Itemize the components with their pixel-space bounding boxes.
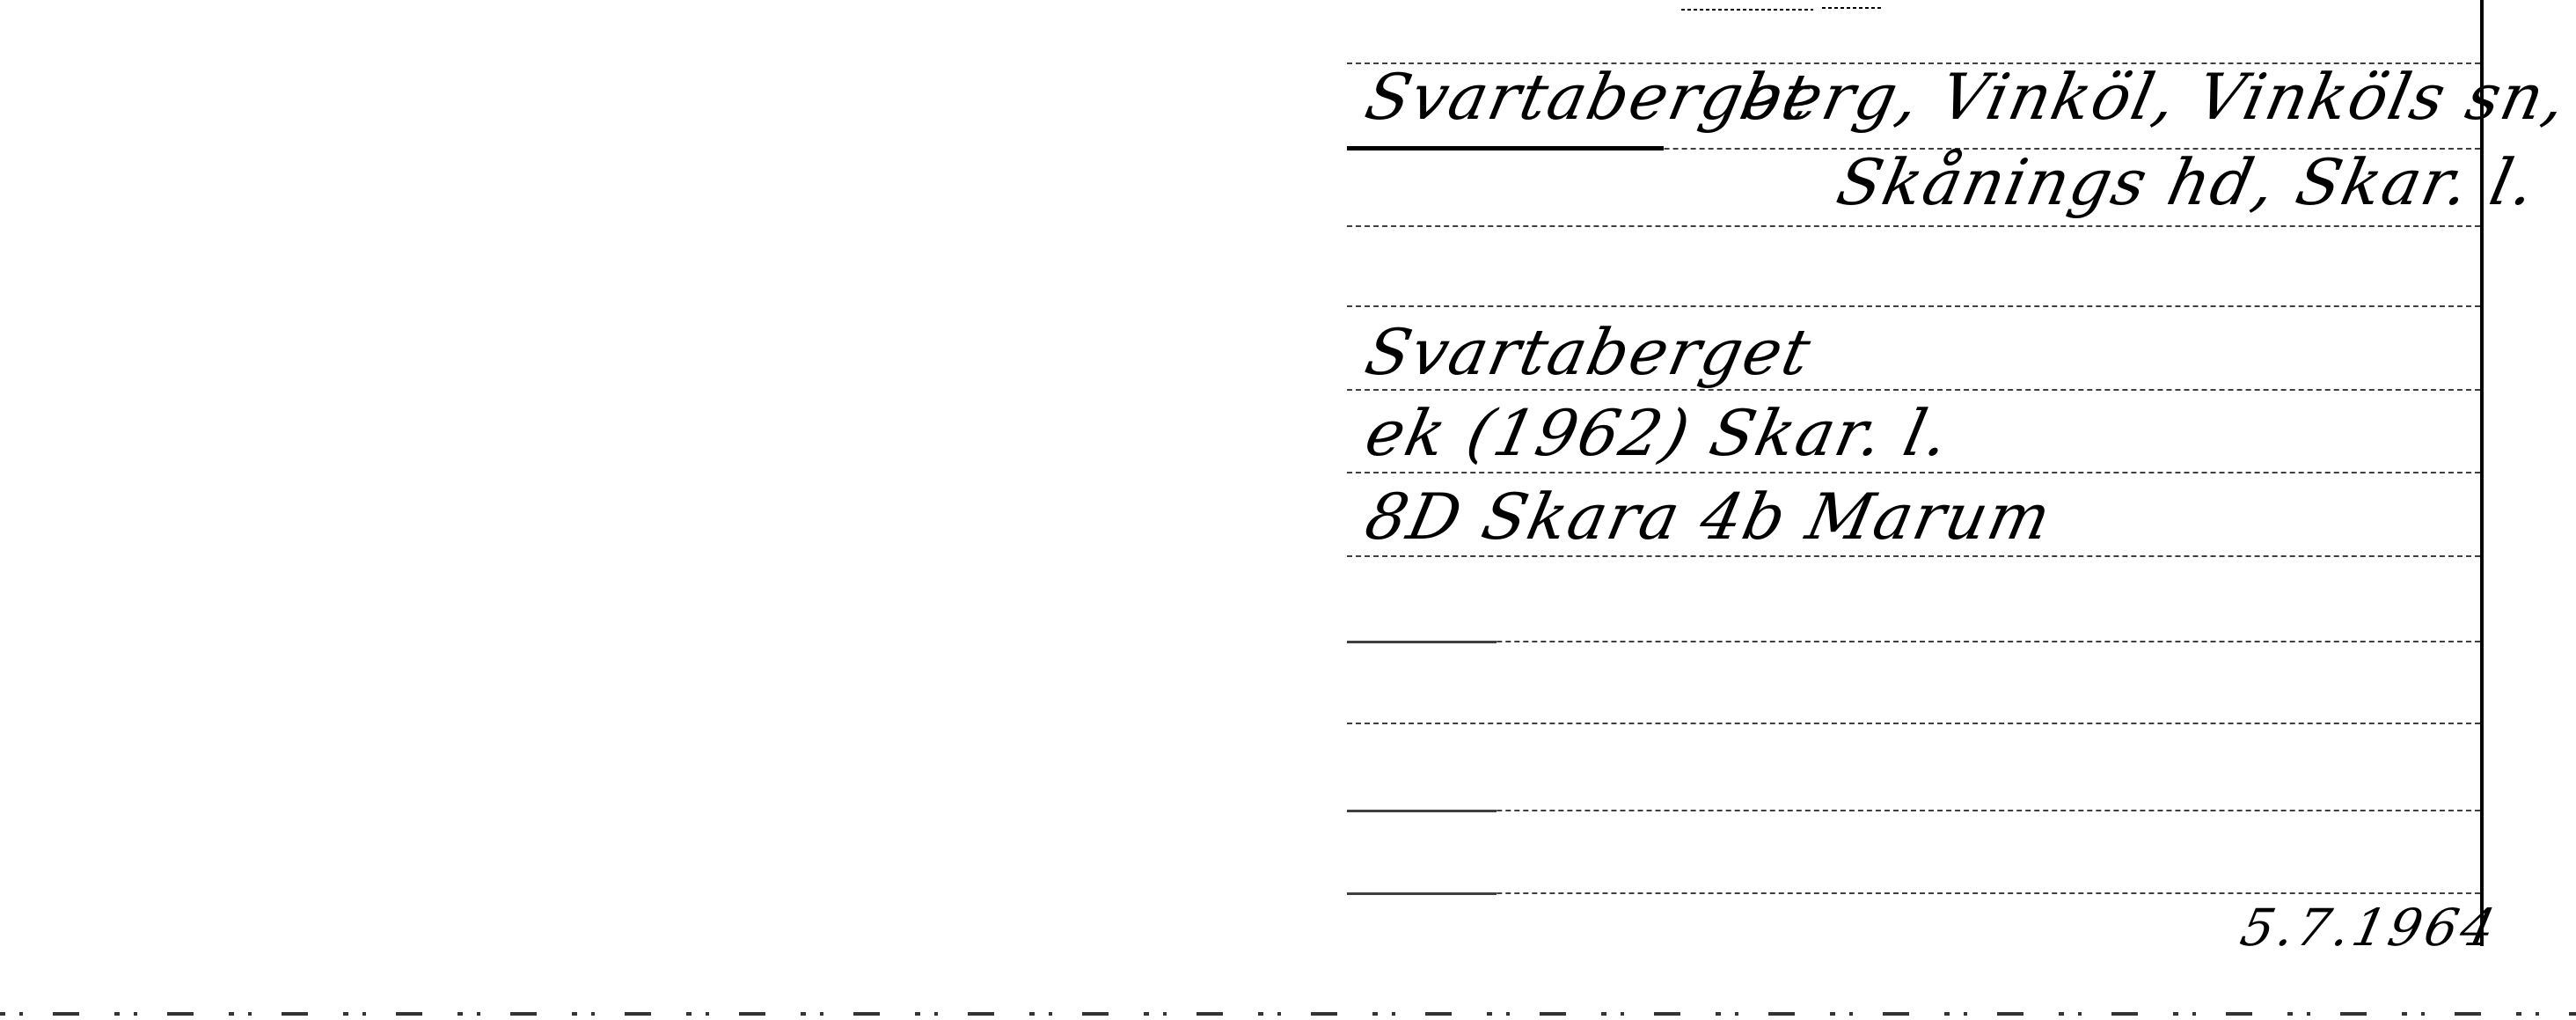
heading-underline bbox=[1347, 146, 1664, 150]
entry-source: ek (1962) Skar. l. bbox=[1359, 396, 1957, 470]
heading-district: Skånings hd, Skar. l. bbox=[1831, 145, 2543, 219]
heading-description: berg, Vinköl, Vinköls sn, bbox=[1734, 60, 2574, 134]
ruled-line bbox=[1347, 555, 2480, 557]
ruled-line bbox=[1347, 810, 2480, 811]
card-date: 5.7.1964 bbox=[2236, 898, 2504, 958]
ruled-line bbox=[1347, 389, 2480, 391]
entry-map-reference: 8D Skara 4b Marum bbox=[1359, 480, 2059, 554]
place-name-card: Svartaberget berg, Vinköl, Vinköls sn, S… bbox=[1347, 0, 2482, 968]
ruled-line bbox=[1347, 225, 2480, 227]
entry-place-name: Svartaberget bbox=[1359, 315, 1819, 389]
ruled-line bbox=[1347, 472, 2480, 473]
ruled-line bbox=[1347, 305, 2480, 307]
ruled-line bbox=[1347, 641, 2480, 642]
scan-noise bbox=[1681, 9, 1813, 11]
ruled-line bbox=[1347, 892, 2480, 894]
ruled-line bbox=[1347, 723, 2480, 724]
scan-edge-noise bbox=[0, 1012, 2576, 1016]
card-right-border bbox=[2480, 0, 2484, 946]
scan-noise bbox=[1822, 7, 1884, 9]
